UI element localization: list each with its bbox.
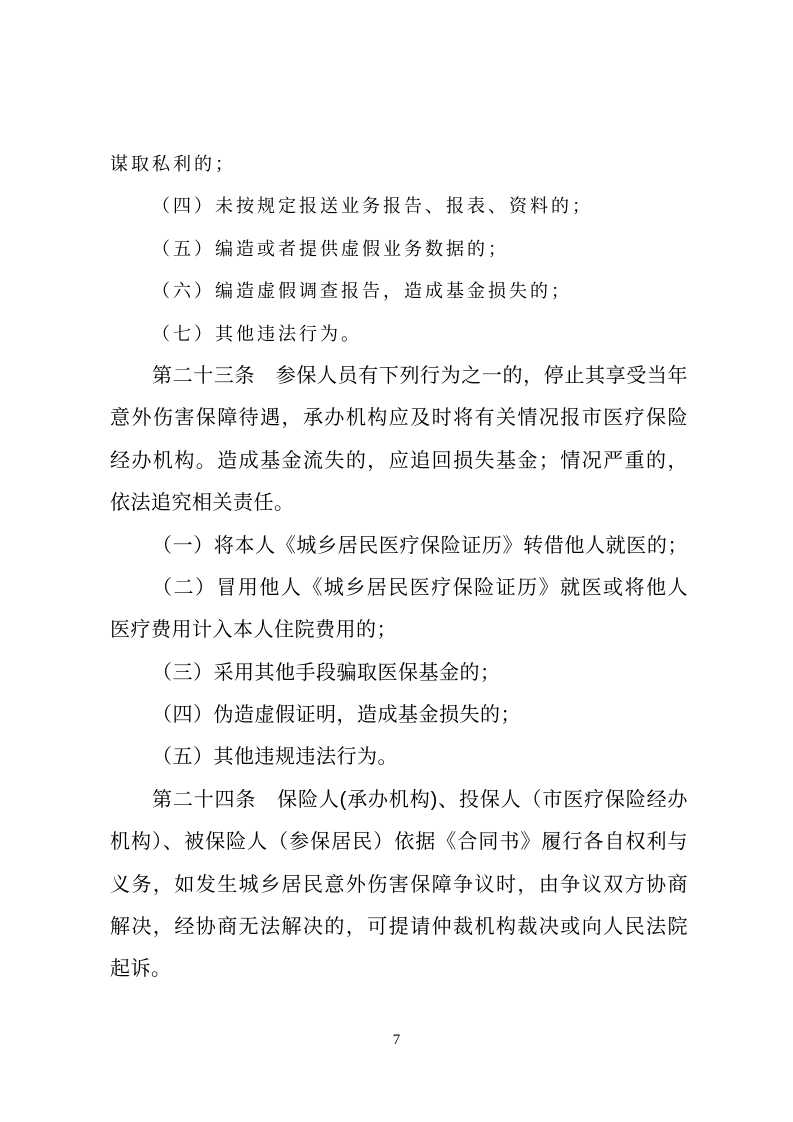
text-line: 机构）、被保险人（参保居民）依据《合同书》履行各自权利与: [110, 821, 688, 863]
text-line: （五）编造或者提供虚假业务数据的；: [110, 228, 688, 270]
text-line: （二）冒用他人《城乡居民医疗保险证历》就医或将他人: [110, 567, 688, 609]
text-line: （三）采用其他手段骗取医保基金的；: [110, 652, 688, 694]
text-line: 意外伤害保障待遇，承办机构应及时将有关情况报市医疗保险: [110, 397, 688, 439]
text-line: （四）伪造虚假证明，造成基金损失的；: [110, 694, 688, 736]
text-line: 解决，经协商无法解决的，可提请仲裁机构裁决或向人民法院: [110, 906, 688, 948]
text-line: 第二十四条 保险人(承办机构)、投保人（市医疗保险经办: [110, 779, 688, 821]
text-line: （一）将本人《城乡居民医疗保险证历》转借他人就医的；: [110, 525, 688, 567]
text-line: 依法追究相关责任。: [110, 482, 688, 524]
text-line: 医疗费用计入本人住院费用的；: [110, 609, 688, 651]
text-line: 第二十三条 参保人员有下列行为之一的，停止其享受当年: [110, 355, 688, 397]
document-page: 谋取私利的； （四）未按规定报送业务报告、报表、资料的； （五）编造或者提供虚假…: [0, 0, 793, 1122]
text-line: 经办机构。造成基金流失的，应追回损失基金；情况严重的，: [110, 440, 688, 482]
text-line: 谋取私利的；: [110, 143, 688, 185]
page-number: 7: [0, 1032, 793, 1049]
text-line: 义务，如发生城乡居民意外伤害保障争议时，由争议双方协商: [110, 864, 688, 906]
text-line: （五）其他违规违法行为。: [110, 736, 688, 778]
text-line: （四）未按规定报送业务报告、报表、资料的；: [110, 185, 688, 227]
document-body: 谋取私利的； （四）未按规定报送业务报告、报表、资料的； （五）编造或者提供虚假…: [110, 143, 688, 991]
text-line: （六）编造虚假调查报告，造成基金损失的；: [110, 270, 688, 312]
text-line: 起诉。: [110, 948, 688, 990]
text-line: （七）其他违法行为。: [110, 313, 688, 355]
